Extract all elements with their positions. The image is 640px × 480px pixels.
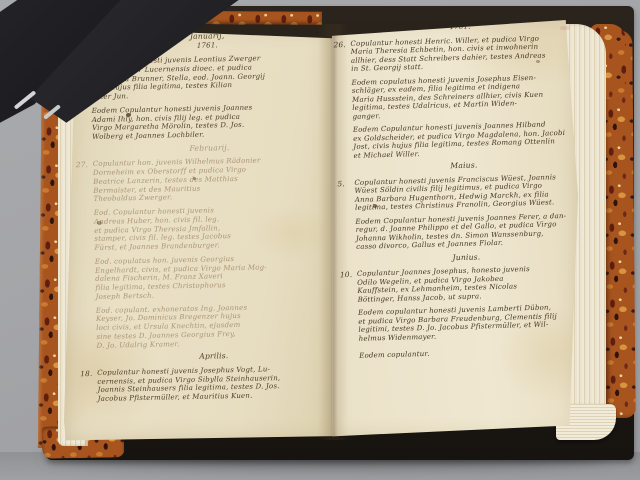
month-header: Maius. xyxy=(352,158,576,174)
entry-text: Eod. copulant. exhoneratos Ing. Joannes … xyxy=(96,302,333,351)
register-entry: Eodem Copulantur honesti juvenis Joannes… xyxy=(351,120,576,160)
entry-text: Copulantur hon. juvenis Wilhelmus Rädoni… xyxy=(93,155,330,204)
register-entry: Eodem copulantur honesti juvenis Lambert… xyxy=(356,303,581,343)
register-entry: 5.Copulantur honesti juvenis Franciscus … xyxy=(352,172,577,212)
register-entry: 18.Copulantur honesti juvenis Josephus V… xyxy=(95,364,334,404)
entry-text: Eodem Copulantur honesti juvenis Joannes… xyxy=(353,120,576,160)
entry-text: Eodem Copulantur honesti juvenis Joannes… xyxy=(355,211,578,251)
entry-text: Eod. Copulantur honesti juvenis Andreas … xyxy=(94,204,331,253)
right-page-text: 1761.26.Copulantur honesti Henric. Wille… xyxy=(348,20,581,361)
entry-text: Eod. copulatus hon. juvenis Georgius Eng… xyxy=(95,253,332,302)
entry-text: Copulantur honesti Henric. Willer, et pu… xyxy=(350,33,573,73)
entry-text: Copulantur honesti juvenis Franciscus Wü… xyxy=(354,172,577,212)
register-entry: 10.Copulantur Joannes Josephus, honesto … xyxy=(355,264,580,304)
entry-text: Copulantur honesti juvenis Josephus Vogt… xyxy=(97,364,334,404)
entry-day-number: 10. xyxy=(340,270,353,279)
ink-blot xyxy=(193,177,196,180)
entry-text: Eodem copulantur honesti juvenis Lambert… xyxy=(358,303,581,343)
entry-day-number: 27. xyxy=(76,160,89,170)
black-clip-boards xyxy=(0,0,246,132)
register-entry: 26.Copulantur honesti Henric. Willer, et… xyxy=(348,33,573,73)
register-entry: Eodem Copulantur honesti juvenis Joannes… xyxy=(353,211,578,251)
ink-blot xyxy=(97,221,102,225)
register-entry: Eod. copulatus hon. juvenis Georgius Eng… xyxy=(93,253,332,302)
month-header: Junius. xyxy=(354,250,578,266)
entry-day-number: 26. xyxy=(333,40,346,49)
ink-blot xyxy=(373,204,377,208)
month-header: Februarij. xyxy=(90,141,328,155)
foxing-stain xyxy=(560,26,570,30)
entry-day-number: 5. xyxy=(337,179,345,188)
month-header: Aprilis. xyxy=(95,349,333,363)
register-entry: Eodem copulatus honesti juvenis Josephus… xyxy=(349,72,574,121)
entry-text: Copulantur Joannes Josephus, honesto juv… xyxy=(357,264,580,304)
ink-blot xyxy=(536,60,540,63)
entry-day-number: 18. xyxy=(80,369,93,379)
photo-stage: Januarij,1761.31.Copulantur honesti juve… xyxy=(0,0,640,480)
register-entry: 27.Copulantur hon. juvenis Wilhelmus Räd… xyxy=(91,155,330,204)
register-entry: Eod. Copulantur honesti juvenis Andreas … xyxy=(92,204,331,253)
register-entry: Eod. copulant. exhoneratos Ing. Joannes … xyxy=(94,302,333,351)
entry-text: Eodem copulatus honesti juvenis Josephus… xyxy=(351,72,574,121)
